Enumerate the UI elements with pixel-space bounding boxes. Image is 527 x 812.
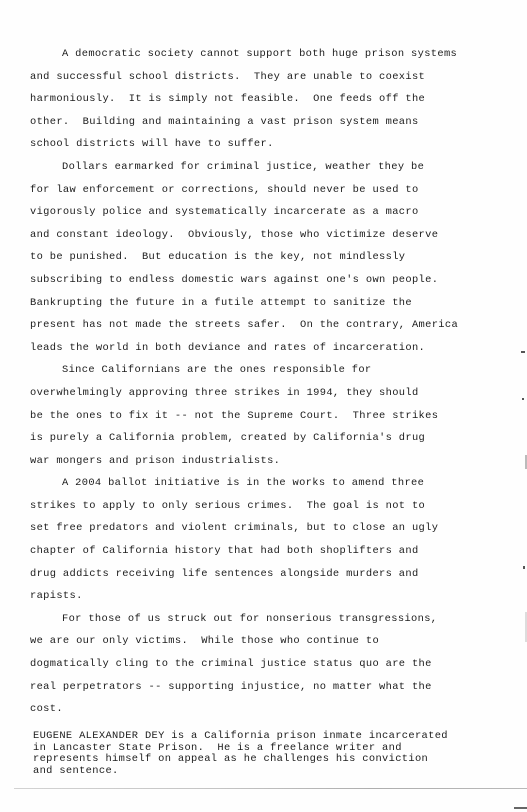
bio-line: represents himself on appeal as he chall…: [33, 754, 503, 766]
author-bio: EUGENE ALEXANDER DEY is a California pri…: [33, 731, 503, 777]
document-page: A democratic society cannot support both…: [0, 0, 527, 812]
scan-speck: [522, 398, 524, 400]
text-line: for law enforcement or corrections, shou…: [30, 179, 500, 202]
scan-speck: [514, 807, 527, 809]
text-line: be the ones to fix it -- not the Supreme…: [30, 405, 500, 428]
page-bottom-rule: [14, 788, 527, 789]
text-line: and constant ideology. Obviously, those …: [30, 224, 500, 247]
text-line: Since Californians are the ones responsi…: [30, 359, 500, 382]
text-line: strikes to apply to only serious crimes.…: [30, 495, 500, 518]
text-line: A democratic society cannot support both…: [30, 43, 500, 66]
text-line: rapists.: [30, 585, 500, 608]
text-line: to be punished. But education is the key…: [30, 246, 500, 269]
essay-body: A democratic society cannot support both…: [30, 43, 500, 721]
text-line: harmoniously. It is simply not feasible.…: [30, 88, 500, 111]
text-line: A 2004 ballot initiative is in the works…: [30, 472, 500, 495]
text-line: real perpetrators -- supporting injustic…: [30, 676, 500, 699]
text-line: For those of us struck out for nonseriou…: [30, 608, 500, 631]
text-line: other. Building and maintaining a vast p…: [30, 111, 500, 134]
text-line: Dollars earmarked for criminal justice, …: [30, 156, 500, 179]
text-line: subscribing to endless domestic wars aga…: [30, 269, 500, 292]
bio-line: and sentence.: [33, 766, 503, 778]
text-line: leads the world in both deviance and rat…: [30, 337, 500, 360]
text-line: set free predators and violent criminals…: [30, 517, 500, 540]
text-line: dogmatically cling to the criminal justi…: [30, 653, 500, 676]
text-line: school districts will have to suffer.: [30, 133, 500, 156]
text-line: present has not made the streets safer. …: [30, 314, 500, 337]
text-line: vigorously police and systematically inc…: [30, 201, 500, 224]
text-line: war mongers and prison industrialists.: [30, 450, 500, 473]
text-line: chapter of California history that had b…: [30, 540, 500, 563]
text-line: is purely a California problem, created …: [30, 427, 500, 450]
text-line: cost.: [30, 698, 500, 721]
scan-speck: [523, 566, 525, 569]
scan-speck: [521, 351, 525, 353]
bio-line: EUGENE ALEXANDER DEY is a California pri…: [33, 731, 503, 743]
text-line: we are our only victims. While those who…: [30, 630, 500, 653]
text-line: Bankrupting the future in a futile attem…: [30, 292, 500, 315]
text-line: and successful school districts. They ar…: [30, 66, 500, 89]
text-line: drug addicts receiving life sentences al…: [30, 563, 500, 586]
text-line: overwhelmingly approving three strikes i…: [30, 382, 500, 405]
